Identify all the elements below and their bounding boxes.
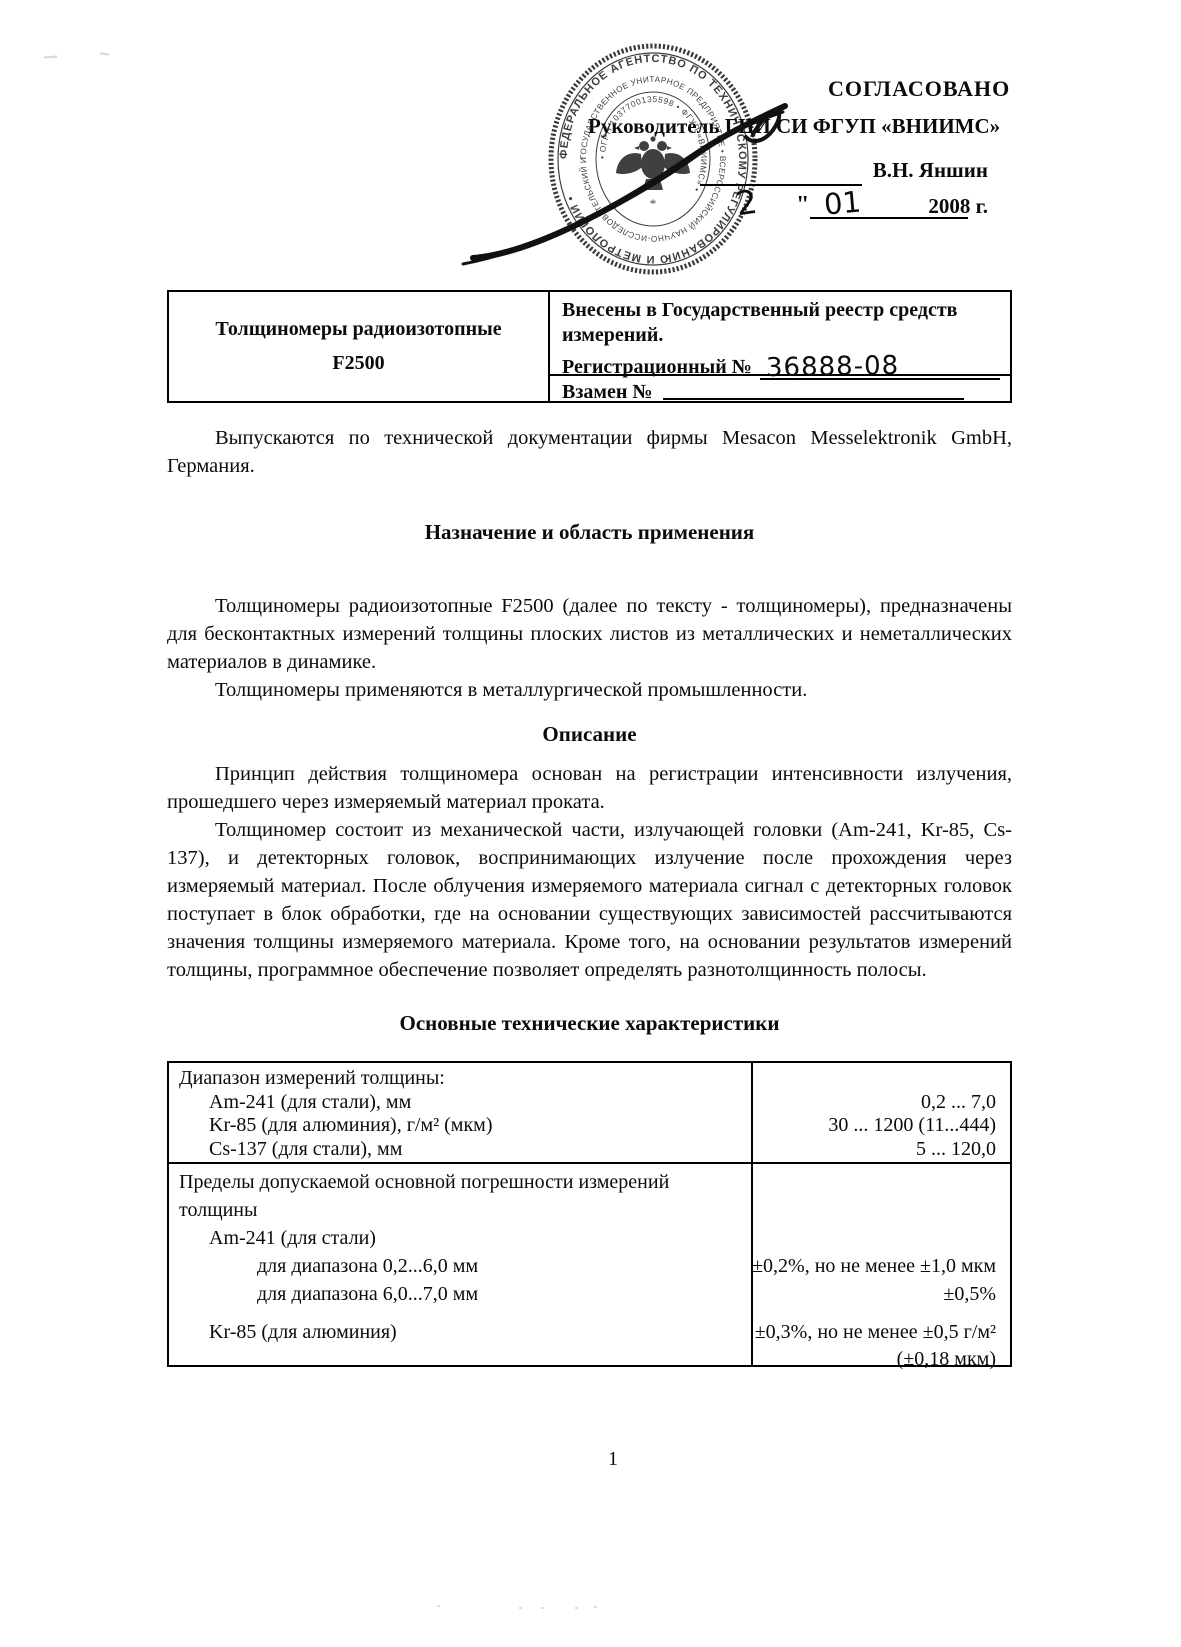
entered-line1: Внесены в Государственный реестр средств [562, 298, 1000, 323]
scan-artifact [575, 1607, 578, 1609]
scan-artifact [44, 56, 57, 59]
replaces-cell: Взамен № [550, 376, 1010, 404]
purpose-paragraph-1: Толщиномеры радиоизотопные F2500 (далее … [167, 592, 1012, 676]
error-am-range1-value: ±0,2%, но не менее ±1,0 мкм [751, 1252, 1010, 1280]
description-paragraph-1: Принцип действия толщиномера основан на … [167, 760, 1012, 816]
scan-artifact [437, 1605, 440, 1607]
error-kr85-value-line1: ±0,3%, но не менее ±0,5 г/м² [751, 1318, 1010, 1346]
description-heading: Описание [167, 722, 1012, 747]
device-title-cell: Толщиномеры радиоизотопные F2500 [169, 292, 548, 401]
agreed-label: СОГЛАСОВАНО [828, 76, 1010, 102]
error-kr85-value-line2: (±0,18 мкм) [751, 1346, 1010, 1372]
scan-artifact [541, 1607, 544, 1609]
range-am241-value: 0,2 ... 7,0 [751, 1091, 1010, 1115]
error-am-range2-value: ±0,5% [751, 1280, 1010, 1308]
range-cs137-label: Cs-137 (для стали), мм [169, 1138, 751, 1162]
page-number: 1 [608, 1448, 618, 1471]
error-header2-value [751, 1196, 1010, 1224]
approver-name: В.Н. Яншин [873, 158, 988, 183]
range-header-value [751, 1067, 1010, 1091]
specs-row-error-limits: Пределы допускаемой основной погрешности… [169, 1164, 1010, 1365]
error-header-line2: толщины [169, 1196, 751, 1224]
specs-row-range: Диапазон измерений толщины: Am-241 (для … [169, 1063, 1010, 1166]
error-am-range1-label: для диапазона 0,2...6,0 мм [169, 1252, 751, 1280]
scan-artifact [100, 53, 109, 56]
error-am-range2-label: для диапазона 6,0...7,0 мм [169, 1280, 751, 1308]
error-am241-value [751, 1224, 1010, 1252]
approval-year: 2008 г. [928, 194, 988, 219]
description-paragraph-2: Толщиномер состоит из механической части… [167, 816, 1012, 984]
range-am241-label: Am-241 (для стали), мм [169, 1091, 751, 1115]
registry-table: Толщиномеры радиоизотопные F2500 Внесены… [167, 290, 1012, 403]
purpose-paragraph-2: Толщиномеры применяются в металлургическ… [167, 676, 1012, 704]
specs-heading: Основные технические характеристики [167, 1011, 1012, 1036]
scanned-document-page: ФЕДЕРАЛЬНОЕ АГЕНТСТВО ПО ТЕХНИЧЕСКОМУ РЕ… [0, 0, 1181, 1647]
device-name: Толщиномеры радиоизотопные [215, 318, 501, 341]
range-header: Диапазон измерений толщины: [169, 1067, 751, 1091]
pen-signature [455, 86, 805, 281]
error-am241-label: Am-241 (для стали) [169, 1224, 751, 1252]
range-cs137-value: 5 ... 120,0 [751, 1138, 1010, 1162]
error-header-value [751, 1168, 1010, 1196]
range-kr85-value: 30 ... 1200 (11...444) [751, 1114, 1010, 1138]
error-header-line1: Пределы допускаемой основной погрешности… [169, 1168, 751, 1196]
intro-paragraph: Выпускаются по технической документации … [167, 424, 1012, 480]
device-model: F2500 [332, 352, 384, 375]
replaces-label: Взамен № [562, 381, 653, 404]
purpose-heading: Назначение и область применения [167, 520, 1012, 545]
scan-artifact [594, 1606, 597, 1608]
row-spacer [169, 1308, 1010, 1318]
range-kr85-label: Kr-85 (для алюминия), г/м² (мкм) [169, 1114, 751, 1138]
specs-table: Диапазон измерений толщины: Am-241 (для … [167, 1061, 1012, 1367]
registry-entry-cell: Внесены в Государственный реестр средств… [550, 292, 1010, 374]
replaces-underline [663, 378, 965, 400]
scan-artifact [519, 1607, 522, 1609]
handwritten-date-month: 01 [823, 184, 863, 221]
empty-cell [169, 1346, 751, 1372]
entered-line2: измерений. [562, 323, 1000, 348]
error-kr85-label: Kr-85 (для алюминия) [169, 1318, 751, 1346]
